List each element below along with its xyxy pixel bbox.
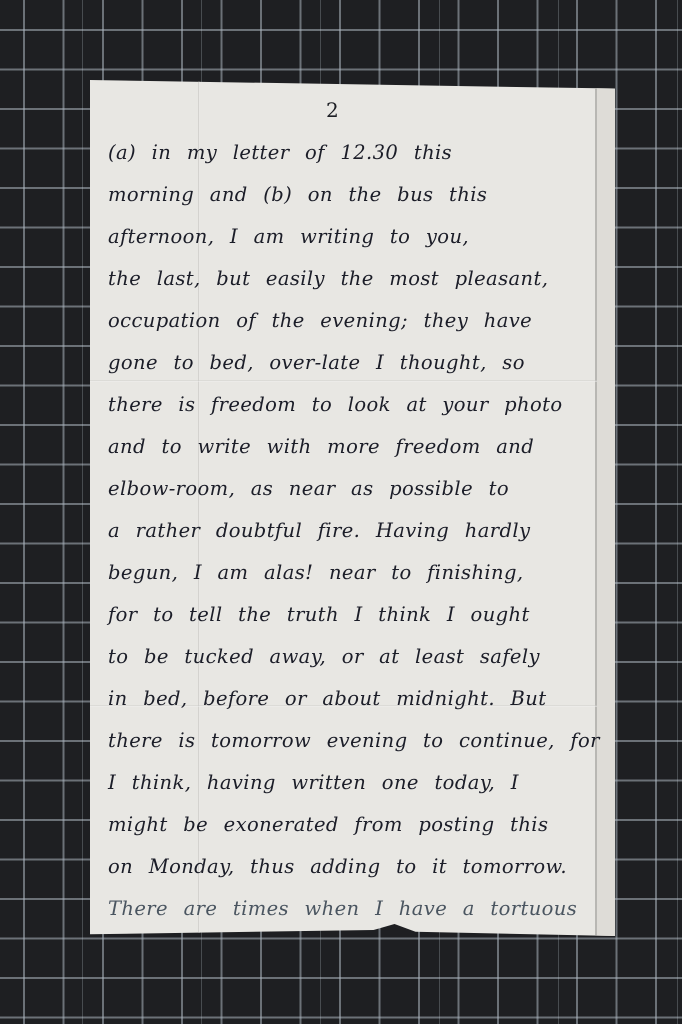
letter-sheet: 2 (a) in my letter of 12.30 this morning…: [90, 80, 615, 936]
text-line: and to write with more freedom and: [108, 426, 591, 468]
text-line: elbow-room, as near as possible to: [108, 468, 591, 510]
text-line: a rather doubtful fire. Having hardly: [108, 510, 591, 552]
text-line: There are times when I have a tortuous: [108, 888, 591, 930]
text-line: occupation of the evening; they have: [108, 300, 591, 342]
text-line: there is tomorrow evening to continue, f…: [108, 720, 591, 762]
page-number: 2: [326, 98, 339, 122]
text-line: in bed, before or about midnight. But: [108, 678, 591, 720]
text-line: begun, I am alas! near to finishing,: [108, 552, 591, 594]
text-line: (a) in my letter of 12.30 this: [108, 132, 591, 174]
text-line: gone to bed, over-late I thought, so: [108, 342, 591, 384]
text-line: might be exonerated from posting this: [108, 804, 591, 846]
text-line: on Monday, thus adding to it tomorrow.: [108, 846, 591, 888]
text-line: afternoon, I am writing to you,: [108, 216, 591, 258]
handwritten-text: (a) in my letter of 12.30 this morning a…: [108, 132, 591, 930]
paper-edge-flap: [595, 86, 615, 936]
text-line: for to tell the truth I think I ought: [108, 594, 591, 636]
text-line: morning and (b) on the bus this: [108, 174, 591, 216]
text-line: the last, but easily the most pleasant,: [108, 258, 591, 300]
text-line: I think, having written one today, I: [108, 762, 591, 804]
text-line: to be tucked away, or at least safely: [108, 636, 591, 678]
text-line: there is freedom to look at your photo: [108, 384, 591, 426]
